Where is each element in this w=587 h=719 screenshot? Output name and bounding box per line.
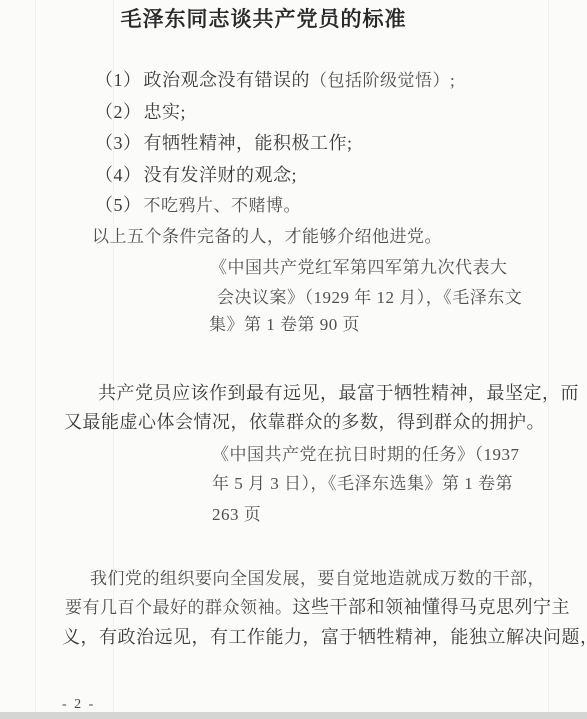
quote3-body-line: 要有几百个最好的群众领袖。这些干部和领袖懂得马克思列宁主 (65, 592, 570, 624)
citation-line: 《中国共产党红军第四军第九次代表大 (210, 253, 508, 283)
list-item-number: （2） (95, 102, 142, 122)
list-item-text: 忠实; (144, 102, 187, 122)
quote2-body-line: 共产党员应该作到最有远见，最富于牺牲精神，最坚定，而 (98, 378, 579, 408)
list-item-note: 不吃鸦片、不赌博。 (144, 196, 302, 215)
citation-line: 会决议案》（1929 年 12 月），《毛泽东文 (217, 283, 522, 313)
quote3-body-line: 义，有政治远见，有工作能力，富于牺牲精神，能独立解决问题， (62, 622, 587, 652)
citation-line: 年 5 月 3 日），《毛泽东选集》第 1 卷第 (212, 469, 513, 499)
scan-streak (35, 0, 36, 712)
quote3-song-part: 这些干部和领袖懂得马克思列宁主 (293, 597, 571, 617)
citation-line: 集》第 1 卷第 90 页 (209, 310, 360, 340)
quote3-body-line: 我们党的组织要向全国发展，要自觉地造就成万数的干部， (90, 564, 545, 594)
scanned-document-page: 毛泽东同志谈共产党员的标准 （1）政治观念没有错误的（包括阶级觉悟）; （2）忠… (0, 0, 587, 719)
list-item-number: （5） (95, 195, 142, 215)
quote1-list-item: （5）不吃鸦片、不赌博。 (95, 190, 301, 221)
quote3-kaiti-part: 要有几百个最好的群众领袖。 (65, 598, 293, 617)
page-title-row: 毛泽东同志谈共产党员的标准 (0, 2, 587, 39)
quote1-list-item: （3）有牺牲精神，能积极工作; (95, 128, 353, 158)
list-item-text: 没有发洋财的观念; (144, 165, 298, 185)
page-number: - 2 - (62, 697, 95, 713)
citation-line: 263 页 (212, 500, 261, 530)
list-item-text: 政治观念没有错误的 (144, 70, 311, 90)
page-title: 毛泽东同志谈共产党员的标准 (121, 7, 407, 31)
quote1-list-item: （2）忠实; (95, 97, 186, 127)
list-item-number: （4） (95, 165, 142, 185)
quote1-closing-line: 以上五个条件完备的人，才能够介绍他进党。 (92, 222, 442, 252)
scan-bottom-edge (0, 712, 587, 719)
list-item-note: （包括阶级觉悟）; (310, 71, 455, 90)
list-item-text: 有牺牲精神，能积极工作; (144, 133, 353, 153)
citation-line: 《中国共产党在抗日时期的任务》（1937 (212, 440, 520, 470)
list-item-number: （1） (95, 70, 142, 90)
quote1-list-item: （4）没有发洋财的观念; (95, 160, 297, 190)
list-item-number: （3） (95, 133, 142, 153)
quote1-list-item: （1）政治观念没有错误的（包括阶级觉悟）; (95, 65, 455, 96)
quote2-body-line: 又最能虚心体会情况，依靠群众的多数，得到群众的拥护。 (64, 407, 545, 437)
